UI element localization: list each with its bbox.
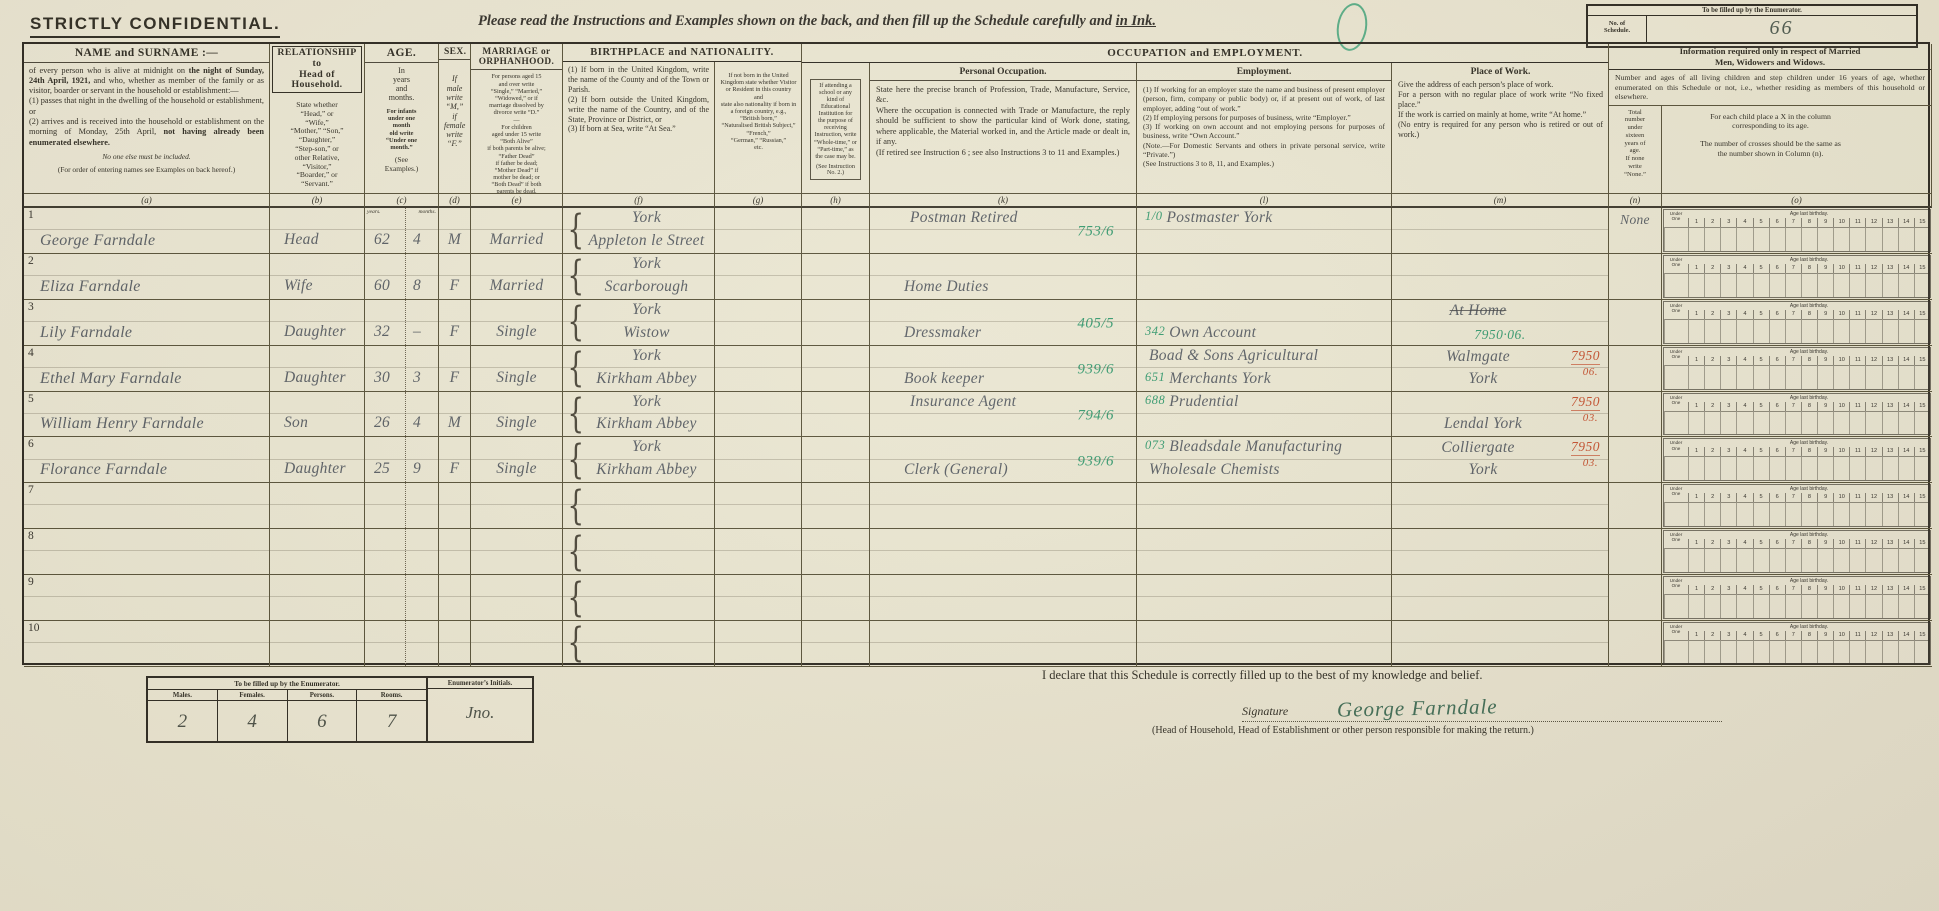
relationship-entry: Daughter <box>284 323 346 341</box>
age-header-note2: (See Examples.) <box>370 155 433 173</box>
cross-cell <box>1801 502 1817 526</box>
child-cross-instructions: For each child place a X in the column c… <box>1662 106 1879 193</box>
banner-ink-text: in Ink. <box>1116 13 1156 29</box>
cross-cell <box>1688 411 1704 435</box>
cross-cell <box>1753 319 1769 343</box>
place-of-work-entry: Walmgate <box>1392 348 1564 366</box>
personal-occupation-title: Personal Occupation. <box>870 65 1136 81</box>
age-column-number: 14 <box>1898 447 1914 456</box>
age-column-number: 11 <box>1849 493 1865 502</box>
column-letter-k: (k) <box>870 194 1137 208</box>
age-column-number: 9 <box>1817 585 1833 594</box>
age-column-number: 13 <box>1882 310 1898 319</box>
occupation-entry2: Clerk (General) <box>904 461 1008 479</box>
cross-cell <box>1817 548 1833 572</box>
age-months-entry: – <box>413 323 421 341</box>
age-column-number: 2 <box>1704 264 1720 273</box>
persons-label: Persons. <box>288 690 358 700</box>
age-column-number: 4 <box>1736 310 1752 319</box>
birth-county-entry: York <box>583 347 710 365</box>
females-label: Females. <box>218 690 288 700</box>
age-column-number: 2 <box>1704 402 1720 411</box>
age-column-number: 7 <box>1785 356 1801 365</box>
marriage-entry: Married <box>471 231 562 249</box>
age-column-number: 2 <box>1704 631 1720 640</box>
age-column-number: 3 <box>1720 447 1736 456</box>
under-one-label: Under One <box>1664 302 1688 319</box>
relationship-entry: Daughter <box>284 369 346 387</box>
cross-cell <box>1736 319 1752 343</box>
age-column-number: 2 <box>1704 585 1720 594</box>
cross-cell <box>1833 594 1849 618</box>
cross-cell <box>1720 548 1736 572</box>
age-years-entry: 62 <box>374 231 390 249</box>
cross-cell <box>1753 548 1769 572</box>
age-column-number: 1 <box>1688 539 1704 548</box>
cross-cell <box>1785 319 1801 343</box>
age-column-number: 13 <box>1882 539 1898 548</box>
age-column-number: 10 <box>1833 585 1849 594</box>
age-column-number: 8 <box>1801 631 1817 640</box>
education-header-note: (See Instruction No. 2.) <box>813 164 858 176</box>
age-column-number: 10 <box>1833 493 1849 502</box>
cross-cell <box>1720 365 1736 389</box>
cross-cell <box>1865 456 1881 480</box>
age-column-number: 5 <box>1753 539 1769 548</box>
cross-cell <box>1664 365 1688 389</box>
cross-cell <box>1753 456 1769 480</box>
age-column-number: 15 <box>1914 310 1930 319</box>
cross-cell <box>1865 227 1881 251</box>
age-column-number: 4 <box>1736 356 1752 365</box>
marriage-header-text: For persons aged 15 and over write “Sing… <box>476 73 557 194</box>
occupation-entry: Insurance Agent <box>910 393 1016 411</box>
header-employment-column: Employment. (1) If working for an employ… <box>1137 63 1392 193</box>
cross-cell <box>1914 365 1930 389</box>
column-letter-o: (o) <box>1662 194 1932 208</box>
cross-cell <box>1736 365 1752 389</box>
cross-cell <box>1817 502 1833 526</box>
age-column-number: 10 <box>1833 402 1849 411</box>
cross-cell <box>1882 319 1898 343</box>
under-one-label: Under One <box>1664 394 1688 411</box>
occupation-entry: Postman Retired <box>910 209 1018 227</box>
cross-cell <box>1785 594 1801 618</box>
cross-cell <box>1914 456 1930 480</box>
under-one-label: Under One <box>1664 577 1688 594</box>
age-column-number: 14 <box>1898 264 1914 273</box>
header-age-column: AGE. In years and months. For infants un… <box>365 44 439 194</box>
nationality-cell <box>715 346 802 392</box>
age-months-entry: 4 <box>413 414 421 432</box>
age-column-number: 15 <box>1914 585 1930 594</box>
age-column-number: 7 <box>1785 585 1801 594</box>
child-age-grid: Under OneAge last birthday.1234567891011… <box>1663 576 1931 619</box>
header-occupation-group: OCCUPATION and EMPLOYMENT. If attending … <box>802 44 1609 194</box>
age-column-number: 12 <box>1865 402 1881 411</box>
place-of-work-title: Place of Work. <box>1398 65 1603 80</box>
age-column-number: 1 <box>1688 356 1704 365</box>
age-column-number: 9 <box>1817 356 1833 365</box>
cross-cell <box>1833 411 1849 435</box>
child-age-grid: Under OneAge last birthday.1234567891011… <box>1663 209 1931 252</box>
marriage-entry: Married <box>471 277 562 295</box>
cross-cell <box>1849 502 1865 526</box>
cross-cell <box>1817 594 1833 618</box>
header-married-info-section: Information required only in respect of … <box>1609 44 1932 194</box>
cross-cell <box>1817 227 1833 251</box>
age-column-number: 7 <box>1785 447 1801 456</box>
cross-cell <box>1817 273 1833 297</box>
age-column-number: 15 <box>1914 631 1930 640</box>
employment-entry2: Merchants York <box>1169 370 1271 387</box>
age-column-number: 13 <box>1882 356 1898 365</box>
row-number: 1 <box>28 209 34 221</box>
cross-cell <box>1785 365 1801 389</box>
cross-cell <box>1801 273 1817 297</box>
employment-code-annotation2: 342 <box>1145 324 1165 338</box>
age-column-number: 7 <box>1785 264 1801 273</box>
age-column-number: 12 <box>1865 310 1881 319</box>
children-entry: None <box>1609 212 1661 228</box>
age-last-birthday-label: Age last birthday. <box>1688 256 1930 264</box>
place-of-work-entry2: York <box>1392 370 1574 388</box>
age-column-number: 13 <box>1882 447 1898 456</box>
cross-cell <box>1817 365 1833 389</box>
age-column-number: 1 <box>1688 585 1704 594</box>
column-letter-c: (c) <box>365 194 439 208</box>
child-age-grid: Under OneAge last birthday.1234567891011… <box>1663 393 1931 436</box>
cross-cell <box>1688 548 1704 572</box>
cross-cell <box>1736 411 1752 435</box>
cross-cell <box>1720 319 1736 343</box>
cross-cell <box>1865 502 1881 526</box>
age-column-number: 3 <box>1720 218 1736 227</box>
employment-code-annotation: 1/0 <box>1145 209 1162 223</box>
cross-cell <box>1785 227 1801 251</box>
brace-mark: { <box>567 253 584 299</box>
name-entry: Eliza Farndale <box>40 278 141 296</box>
age-column-number: 5 <box>1753 447 1769 456</box>
cross-cell <box>1753 227 1769 251</box>
name-column-title: NAME and SURNAME :— <box>29 47 264 60</box>
cross-cell <box>1736 594 1752 618</box>
age-column-number: 15 <box>1914 218 1930 227</box>
sex-entry: M <box>439 231 470 249</box>
employment-code-annotation: 688 <box>1145 393 1165 407</box>
occupation-entry2: Home Duties <box>904 278 989 296</box>
age-column-number: 8 <box>1801 585 1817 594</box>
column-letter-h: (h) <box>802 194 870 208</box>
cross-cell <box>1664 227 1688 251</box>
education-cell <box>802 437 870 483</box>
header-marriage-column: MARRIAGE or ORPHANHOOD. For persons aged… <box>471 44 563 194</box>
occupation-code-annotation: 939/6 <box>1077 362 1114 379</box>
age-column-number: 11 <box>1849 310 1865 319</box>
age-column-number: 9 <box>1817 264 1833 273</box>
education-cell <box>802 300 870 346</box>
age-column-number: 2 <box>1704 493 1720 502</box>
occupation-code-annotation: 753/6 <box>1077 224 1114 241</box>
persons-value: 6 <box>288 701 358 741</box>
age-column-number: 1 <box>1688 447 1704 456</box>
cross-cell <box>1849 640 1865 664</box>
age-column-number: 3 <box>1720 310 1736 319</box>
age-column-title: AGE. <box>370 47 433 60</box>
marriage-entry: Single <box>471 323 562 341</box>
age-column-number: 12 <box>1865 264 1881 273</box>
males-label: Males. <box>148 690 218 700</box>
rooms-value: 7 <box>357 701 426 741</box>
age-column-number: 1 <box>1688 631 1704 640</box>
brace-mark: { <box>567 575 584 621</box>
age-column-number: 8 <box>1801 402 1817 411</box>
age-column-number: 1 <box>1688 493 1704 502</box>
place-code-red: 7950 <box>1571 348 1600 365</box>
row-number: 8 <box>28 530 34 542</box>
cross-cell <box>1688 594 1704 618</box>
age-column-number: 10 <box>1833 539 1849 548</box>
column-letter-a: (a) <box>24 194 270 208</box>
census-schedule-sheet: STRICTLY CONFIDENTIAL. Please read the I… <box>0 0 1939 911</box>
cross-cell <box>1704 227 1720 251</box>
cross-cell <box>1914 411 1930 435</box>
cross-cell <box>1882 456 1898 480</box>
age-column-number: 9 <box>1817 447 1833 456</box>
cross-cell <box>1704 319 1720 343</box>
cross-cell <box>1785 548 1801 572</box>
cross-cell <box>1833 548 1849 572</box>
age-column-number: 14 <box>1898 493 1914 502</box>
age-column-number: 13 <box>1882 402 1898 411</box>
name-entry: George Farndale <box>40 232 155 250</box>
age-column-number: 11 <box>1849 264 1865 273</box>
cross-cell <box>1865 548 1881 572</box>
occupation-group-title: OCCUPATION and EMPLOYMENT. <box>802 44 1608 63</box>
birth-parish-entry: Scarborough <box>583 278 710 296</box>
cross-cell <box>1720 273 1736 297</box>
employment-entry2: Wholesale Chemists <box>1149 461 1280 478</box>
age-column-number: 6 <box>1769 356 1785 365</box>
place-of-work-text: Give the address of each person’s place … <box>1398 80 1603 139</box>
cross-cell <box>1865 273 1881 297</box>
row-number: 9 <box>28 576 34 588</box>
relationship-column-title: RELATIONSHIP to Head of Household. <box>272 46 362 93</box>
age-column-number: 6 <box>1769 585 1785 594</box>
age-column-number: 3 <box>1720 402 1736 411</box>
age-column-number: 10 <box>1833 264 1849 273</box>
cross-cell <box>1849 594 1865 618</box>
total-under-sixteen-header: Total number under sixteen years of age.… <box>1609 106 1662 193</box>
marriage-column-title: MARRIAGE or ORPHANHOOD. <box>476 47 557 67</box>
header-sex-column: SEX. If male write “M,” if female write … <box>439 44 471 194</box>
place-of-work-entry: At Home <box>1392 302 1564 320</box>
cross-cell <box>1849 456 1865 480</box>
cross-instruction-2: The number of crosses should be the same… <box>1670 139 1871 158</box>
cross-cell <box>1753 502 1769 526</box>
age-column-number: 13 <box>1882 264 1898 273</box>
nationality-cell <box>715 208 802 254</box>
relationship-header-text: State whether “Head,” or “Wife,” “Mother… <box>275 101 359 189</box>
banner-text: Please read the Instructions and Example… <box>478 13 1116 29</box>
employment-text: (1) If working for an employer state the… <box>1143 85 1385 169</box>
cross-cell <box>1801 411 1817 435</box>
cross-cell <box>1664 319 1688 343</box>
relationship-entry: Son <box>284 414 308 432</box>
employment-entry: Boad & Sons Agricultural <box>1149 347 1318 364</box>
cross-cell <box>1882 365 1898 389</box>
cross-cell <box>1704 594 1720 618</box>
age-column-number: 12 <box>1865 539 1881 548</box>
column-letter-m: (m) <box>1392 194 1609 208</box>
age-column-number: 15 <box>1914 356 1930 365</box>
cross-cell <box>1736 456 1752 480</box>
cross-cell <box>1914 548 1930 572</box>
age-years-entry: 26 <box>374 414 390 432</box>
age-column-number: 1 <box>1688 310 1704 319</box>
brace-mark: { <box>567 299 584 345</box>
birth-parish-entry: Kirkham Abbey <box>583 415 710 433</box>
age-years-entry: 60 <box>374 277 390 295</box>
age-column-number: 6 <box>1769 402 1785 411</box>
cross-cell <box>1704 502 1720 526</box>
census-table: NAME and SURNAME :— of every person who … <box>22 42 1930 665</box>
age-column-number: 6 <box>1769 218 1785 227</box>
cross-cell <box>1664 456 1688 480</box>
brace-mark: { <box>567 207 584 253</box>
cross-cell <box>1769 548 1785 572</box>
cross-cell <box>1833 456 1849 480</box>
birth-parish-entry: Kirkham Abbey <box>583 461 710 479</box>
nationality-cell <box>715 437 802 483</box>
nationality-cell <box>715 392 802 438</box>
signature-value: George Farndale <box>1337 694 1498 722</box>
sex-header-text: If male write “M,” if female write “F.” <box>444 74 465 148</box>
age-column-number: 12 <box>1865 356 1881 365</box>
personal-occupation-text: State here the precise branch of Profess… <box>876 85 1130 158</box>
cross-cell <box>1849 227 1865 251</box>
age-column-number: 15 <box>1914 447 1930 456</box>
age-column-number: 7 <box>1785 631 1801 640</box>
sex-column-title: SEX. <box>444 47 465 57</box>
relationship-entry: Head <box>284 231 319 249</box>
age-column-number: 10 <box>1833 218 1849 227</box>
under-one-label: Under One <box>1664 531 1688 548</box>
occupation-entry2: Dressmaker <box>904 324 981 342</box>
under-one-label: Under One <box>1664 623 1688 640</box>
employment-entry: Prudential <box>1169 393 1238 410</box>
cross-cell <box>1865 640 1881 664</box>
cross-cell <box>1914 502 1930 526</box>
age-years-entry: 25 <box>374 460 390 478</box>
age-years-entry: 30 <box>374 369 390 387</box>
cross-cell <box>1914 273 1930 297</box>
cross-cell <box>1801 594 1817 618</box>
cross-cell <box>1688 502 1704 526</box>
cross-cell <box>1688 640 1704 664</box>
sex-entry: F <box>439 460 470 478</box>
birth-county-entry: York <box>583 301 710 319</box>
age-column-number: 4 <box>1736 447 1752 456</box>
age-column-number: 11 <box>1849 539 1865 548</box>
birth-county-entry: York <box>583 255 710 273</box>
cross-cell <box>1882 411 1898 435</box>
age-column-number: 6 <box>1769 310 1785 319</box>
cross-cell <box>1785 502 1801 526</box>
age-column-number: 7 <box>1785 539 1801 548</box>
age-column-number: 11 <box>1849 218 1865 227</box>
age-last-birthday-label: Age last birthday. <box>1688 210 1930 218</box>
cross-cell <box>1882 273 1898 297</box>
age-months-entry: 4 <box>413 231 421 249</box>
cross-cell <box>1865 594 1881 618</box>
nationality-header-text: If not born in the United Kingdom state … <box>715 62 802 193</box>
row-number: 7 <box>28 484 34 496</box>
cross-cell <box>1753 411 1769 435</box>
age-column-number: 8 <box>1801 218 1817 227</box>
cross-cell <box>1664 411 1688 435</box>
cross-cell <box>1882 548 1898 572</box>
age-column-number: 15 <box>1914 264 1930 273</box>
name-header-text: of every person who is alive at midnight… <box>29 66 189 75</box>
cross-instruction-1: For each child place a X in the column c… <box>1710 112 1831 131</box>
header-personal-occupation-column: Personal Occupation. State here the prec… <box>870 63 1137 193</box>
cross-cell <box>1736 227 1752 251</box>
cross-cell <box>1882 594 1898 618</box>
cross-cell <box>1704 640 1720 664</box>
age-column-number: 10 <box>1833 631 1849 640</box>
sex-entry: F <box>439 277 470 295</box>
marriage-entry: Single <box>471 414 562 432</box>
name-header-note2: (For order of entering names see Example… <box>29 165 264 174</box>
cross-cell <box>1801 227 1817 251</box>
age-column-number: 14 <box>1898 356 1914 365</box>
marriage-entry: Single <box>471 369 562 387</box>
row-number: 6 <box>28 438 34 450</box>
header-education-column: If attending a school or any kind of Edu… <box>802 63 870 193</box>
cross-cell <box>1753 273 1769 297</box>
instructions-banner: Please read the Instructions and Example… <box>478 13 1208 30</box>
age-column-number: 5 <box>1753 631 1769 640</box>
cross-cell <box>1769 502 1785 526</box>
cross-cell <box>1833 319 1849 343</box>
age-column-number: 1 <box>1688 218 1704 227</box>
relationship-entry: Wife <box>284 277 313 295</box>
cross-cell <box>1785 456 1801 480</box>
cross-cell <box>1688 273 1704 297</box>
age-column-number: 6 <box>1769 493 1785 502</box>
age-column-number: 13 <box>1882 631 1898 640</box>
cross-cell <box>1865 319 1881 343</box>
birth-parish-entry: Appleton le Street <box>583 232 710 250</box>
cross-cell <box>1898 548 1914 572</box>
enumerator-initials-label: Enumerator’s Initials. <box>428 678 532 689</box>
age-column-number: 14 <box>1898 402 1914 411</box>
cross-cell <box>1914 319 1930 343</box>
age-column-number: 4 <box>1736 585 1752 594</box>
birthplace-column-title: BIRTHPLACE and NATIONALITY. <box>563 44 801 62</box>
cross-cell <box>1801 548 1817 572</box>
cross-cell <box>1753 594 1769 618</box>
cross-cell <box>1704 273 1720 297</box>
age-column-number: 9 <box>1817 310 1833 319</box>
age-last-birthday-label: Age last birthday. <box>1688 485 1930 493</box>
age-column-number: 2 <box>1704 218 1720 227</box>
age-column-number: 6 <box>1769 631 1785 640</box>
age-column-number: 14 <box>1898 585 1914 594</box>
cross-cell <box>1833 640 1849 664</box>
age-column-number: 8 <box>1801 447 1817 456</box>
